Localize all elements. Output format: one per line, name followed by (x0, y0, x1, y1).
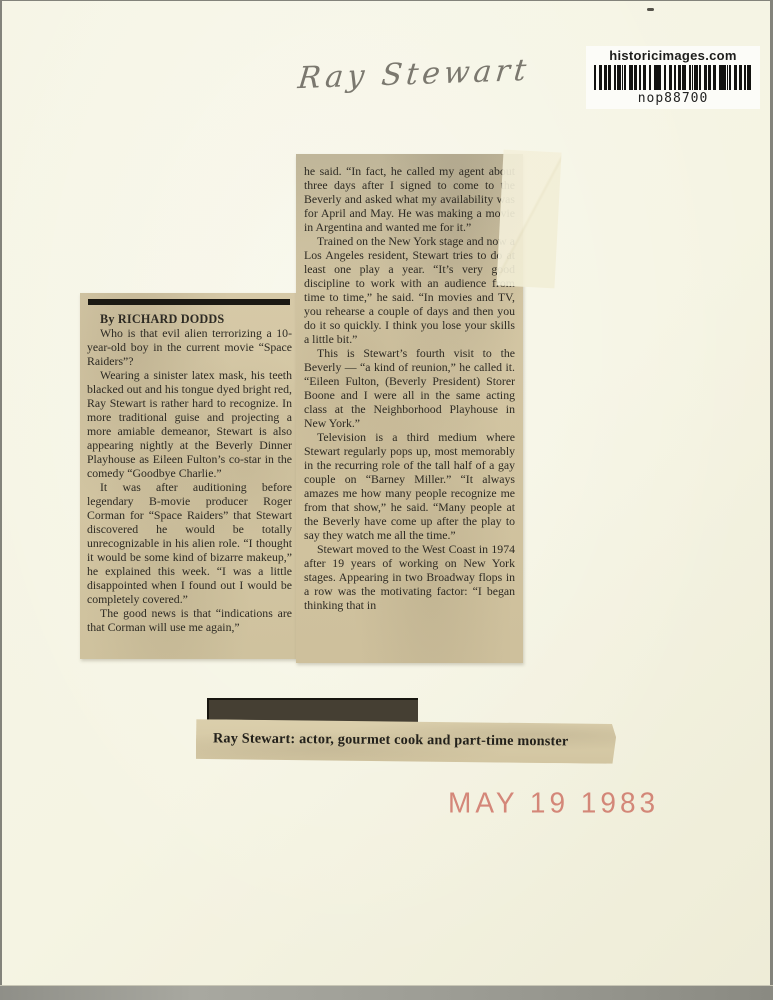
barcode-site-label: historicimages.com (591, 48, 755, 63)
article-byline: By RICHARD DODDS (87, 312, 292, 326)
headline-rule (88, 299, 290, 305)
barcode-icon (594, 65, 752, 90)
article-paragraph: This is Stewart’s fourth visit to the Be… (304, 346, 515, 430)
article-paragraph: Television is a third medium where Stewa… (304, 430, 515, 542)
article-paragraph: It was after auditioning before legendar… (87, 480, 292, 606)
article-paragraph: he said. “In fact, he called my agent ab… (304, 164, 515, 234)
date-stamp: MAY 19 1983 (448, 786, 659, 819)
barcode-code-label: nop88700 (591, 91, 755, 106)
news-clipping-left-column: By RICHARD DODDS Who is that evil alien … (80, 293, 299, 659)
article-paragraph: Wearing a sinister latex mask, his teeth… (87, 368, 292, 480)
article-paragraph: Who is that evil alien terrorizing a 10-… (87, 326, 292, 368)
scanner-bed-edge (0, 985, 773, 1000)
article-paragraph: Stewart moved to the West Coast in 1974 … (304, 542, 515, 612)
handwritten-name: Ray Stewart (296, 53, 532, 96)
tape-mark (496, 150, 561, 289)
article-paragraph: Trained on the New York stage and now a … (304, 234, 515, 346)
photo-caption: Ray Stewart: actor, gourmet cook and par… (196, 719, 616, 751)
article-paragraph: The good news is that “indications are t… (87, 606, 292, 634)
news-clipping-right-column: he said. “In fact, he called my agent ab… (296, 154, 523, 663)
barcode-sticker: historicimages.com nop88700 (586, 46, 760, 109)
scan-speck (647, 8, 654, 11)
caption-strip: Ray Stewart: actor, gourmet cook and par… (196, 719, 616, 764)
photo-back-scan: Ray Stewart historicimages.com nop88700 … (2, 1, 770, 986)
